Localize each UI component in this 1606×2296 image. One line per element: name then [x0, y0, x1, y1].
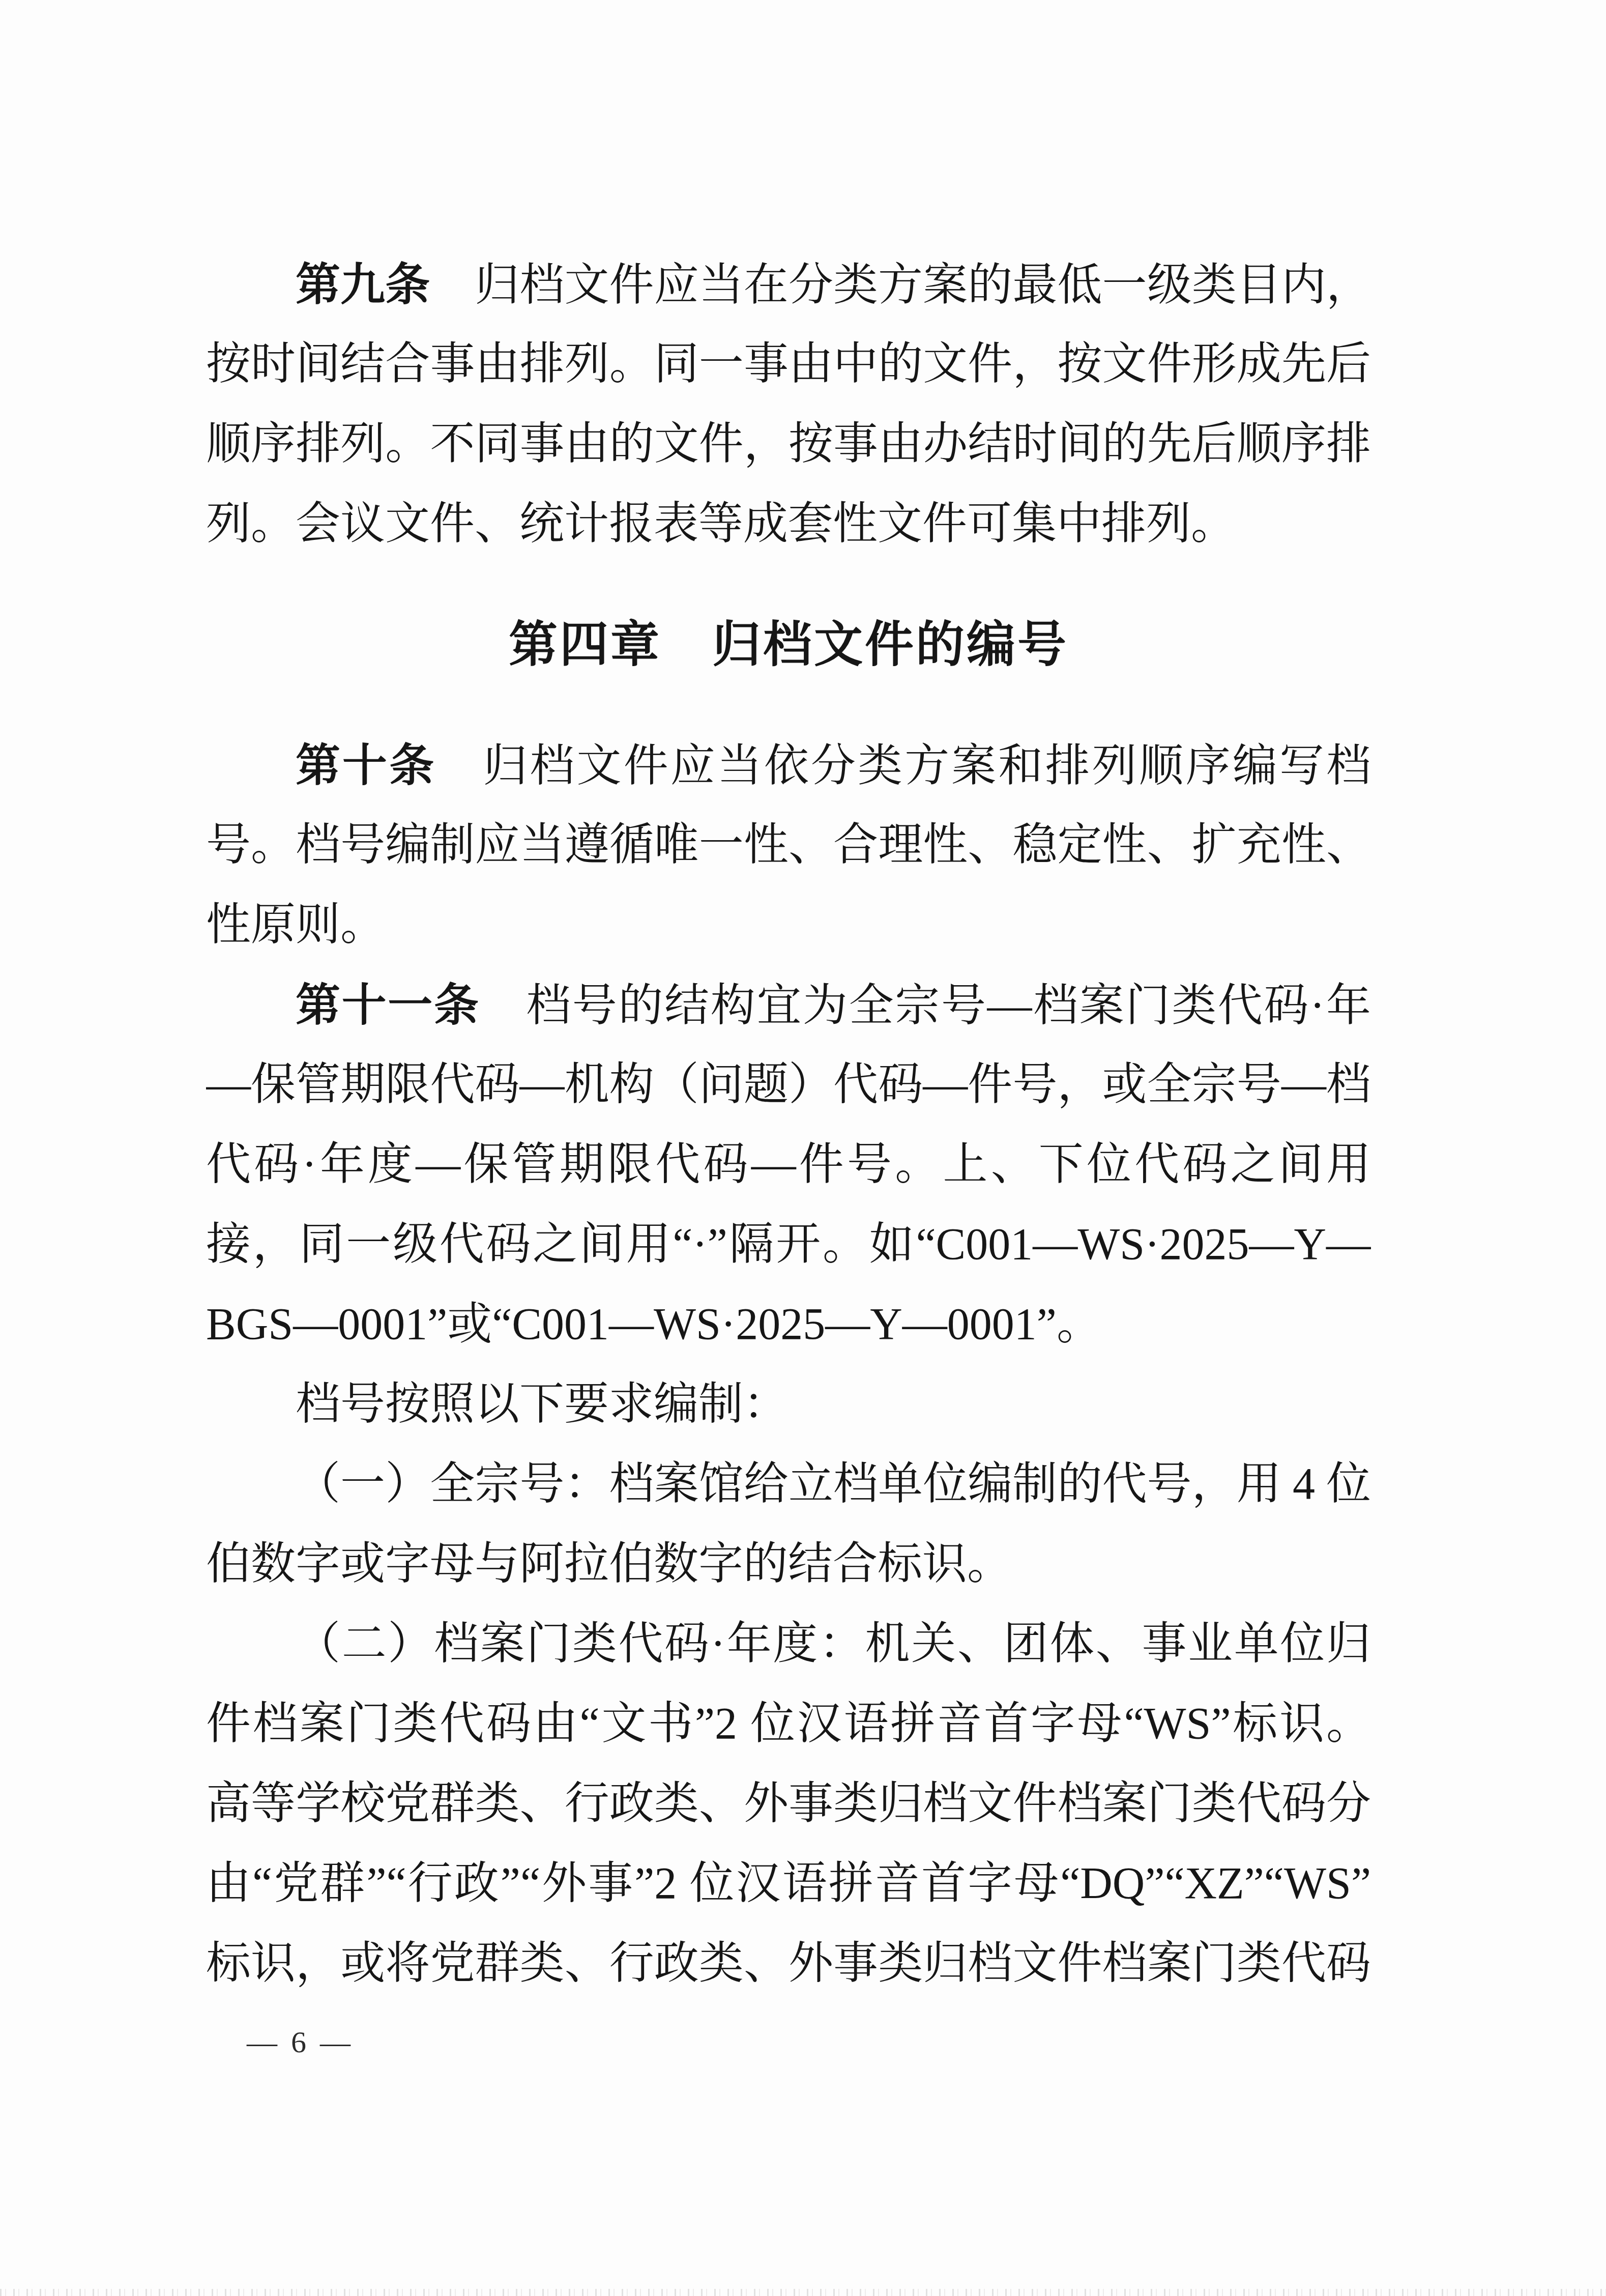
text-line: 接，同一级代码之间用“·”隔开。如“C001—WS·2025—Y— [206, 1204, 1371, 1284]
text-line: 代码·年度—保管期限代码—件号。上、下位代码之间用“—”连 [206, 1125, 1371, 1204]
text-line: 标识，或将党群类、行政类、外事类归档文件档案门类代码统 [206, 1924, 1371, 2003]
archive-code-example-line: BGS—0001”或“C001—WS·2025—Y—0001”。 [206, 1284, 1371, 1364]
text-line: （一）全宗号：档案馆给立档单位编制的代号，用 4 位阿拉 [206, 1444, 1371, 1524]
scan-edge-artifact [0, 2289, 1606, 2296]
text-line: 由“党群”“行政”“外事”2 位汉语拼音首字母“DQ”“XZ”“WS” [206, 1844, 1371, 1924]
text-run: 归档文件应当依分类方案和排列顺序编写档 [436, 741, 1371, 791]
item-1-fonds-number-paragraph: （一）全宗号：档案馆给立档单位编制的代号，用 4 位阿拉 伯数字或字母与阿拉伯数… [206, 1444, 1371, 1604]
text-line: 号。档号编制应当遵循唯一性、合理性、稳定性、扩充性、简单 [206, 805, 1371, 885]
text-line: （二）档案门类代码·年度：机关、团体、事业单位归档文 [206, 1604, 1371, 1684]
item-2-category-code-paragraph: （二）档案门类代码·年度：机关、团体、事业单位归档文 件档案门类代码由“文书”2… [206, 1604, 1371, 2003]
text-line: 顺序排列。不同事由的文件，按事由办结时间的先后顺序排 [206, 404, 1371, 484]
text-line: 档号按照以下要求编制： [206, 1364, 1371, 1444]
text-line: 伯数字或字母与阿拉伯数字的结合标识。 [206, 1524, 1371, 1604]
page-number: — 6 — [219, 2019, 382, 2065]
document-page: 第九条 归档文件应当在分类方案的最低一级类目内， 按时间结合事由排列。同一事由中… [0, 0, 1606, 2296]
article-9-paragraph: 第九条 归档文件应当在分类方案的最低一级类目内， 按时间结合事由排列。同一事由中… [206, 244, 1371, 564]
text-line: 件档案门类代码由“文书”2 位汉语拼音首字母“WS”标识。 [206, 1684, 1371, 1764]
article-11-paragraph: 第十一条 档号的结构宜为全宗号—档案门类代码·年度 —保管期限代码—机构（问题）… [206, 965, 1371, 1364]
numbering-requirements-intro: 档号按照以下要求编制： [206, 1364, 1371, 1444]
text-run: 归档文件应当在分类方案的最低一级类目内， [430, 261, 1371, 310]
article-9-label: 第九条 [296, 259, 430, 309]
article-11-label: 第十一条 [296, 980, 480, 1030]
text-line: 第九条 归档文件应当在分类方案的最低一级类目内， [206, 244, 1371, 324]
article-10-paragraph: 第十条 归档文件应当依分类方案和排列顺序编写档 号。档号编制应当遵循唯一性、合理… [206, 725, 1371, 965]
text-line: 第十一条 档号的结构宜为全宗号—档案门类代码·年度 [206, 965, 1371, 1045]
text-line: 性原则。 [206, 885, 1371, 965]
text-line: 列。会议文件、统计报表等成套性文件可集中排列。 [206, 484, 1371, 564]
text-line: 第十条 归档文件应当依分类方案和排列顺序编写档 [206, 725, 1371, 805]
text-line: 按时间结合事由排列。同一事由中的文件，按文件形成先后 [206, 324, 1371, 404]
text-line: 高等学校党群类、行政类、外事类归档文件档案门类代码分别 [206, 1764, 1371, 1844]
chapter-4-heading: 第四章 归档文件的编号 [206, 605, 1371, 684]
text-line: —保管期限代码—机构（问题）代码—件号，或全宗号—档案门类 [206, 1045, 1371, 1125]
document-body: 第九条 归档文件应当在分类方案的最低一级类目内， 按时间结合事由排列。同一事由中… [206, 244, 1371, 2003]
article-10-label: 第十条 [296, 740, 436, 790]
